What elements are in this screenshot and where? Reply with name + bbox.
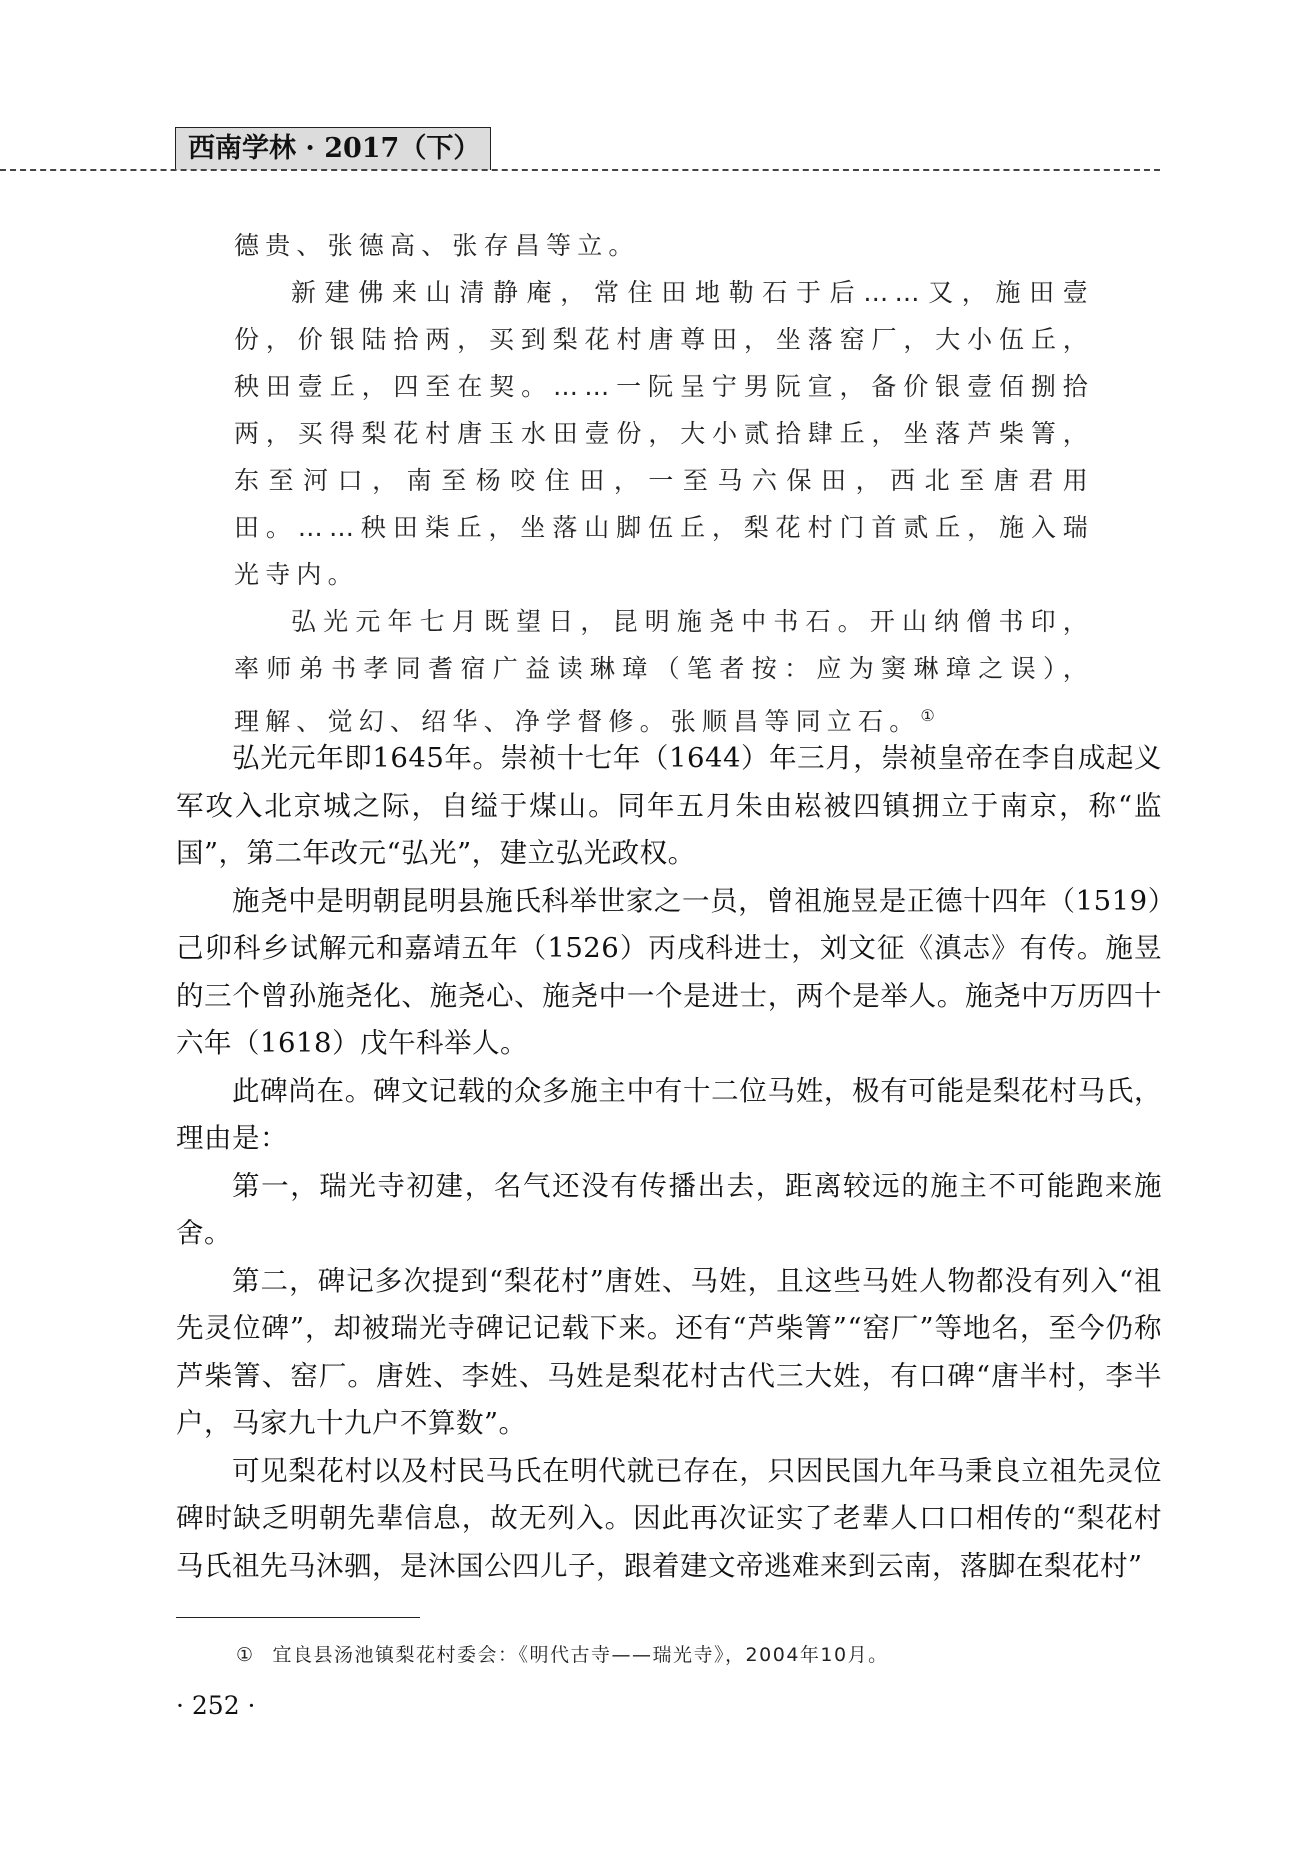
quote-paragraph: 新建佛来山清静庵，常住田地勒石于后……又，施田壹份，价银陆拾两，买到梨花村唐尊田…: [234, 269, 1094, 598]
body-paragraph: 弘光元年即1645年。崇祯十七年（1644）年三月，崇祯皇帝在李自成起义军攻入北…: [176, 735, 1162, 878]
body-paragraph: 第二，碑记多次提到“梨花村”唐姓、马姓，且这些马姓人物都没有列入“祖先灵位碑”，…: [176, 1258, 1162, 1448]
page-number: · 252 ·: [176, 1686, 256, 1726]
footnote-text: 宜良县汤池镇梨花村委会：《明代古寺——瑞光寺》，2004年10月。: [273, 1644, 889, 1666]
body-paragraph: 第一，瑞光寺初建，名气还没有传播出去，距离较远的施主不可能跑来施舍。: [176, 1163, 1162, 1258]
footnote: ①宜良县汤池镇梨花村委会：《明代古寺——瑞光寺》，2004年10月。: [236, 1640, 1136, 1670]
quote-paragraph: 德贵、张德高、张存昌等立。: [234, 222, 1094, 269]
quote-paragraph-text: 弘光元年七月既望日，昆明施尧中书石。开山纳僧书印，率师弟书孝同耆宿广益读琳璋（笔…: [234, 607, 1094, 736]
footnote-reference[interactable]: ①: [920, 706, 934, 725]
body-paragraph: 此碑尚在。碑文记载的众多施主中有十二位马姓，极有可能是梨花村马氏，理由是：: [176, 1068, 1162, 1163]
body-paragraph: 施尧中是明朝昆明县施氏科举世家之一员，曾祖施昱是正德十四年（1519）己卯科乡试…: [176, 878, 1162, 1068]
header-dashed-divider: [0, 169, 1160, 171]
journal-title: 西南学林 · 2017（下）: [188, 133, 480, 164]
footnote-mark: ①: [236, 1644, 255, 1666]
block-quote-inscription: 德贵、张德高、张存昌等立。 新建佛来山清静庵，常住田地勒石于后……又，施田壹份，…: [234, 222, 1094, 745]
body-paragraph: 可见梨花村以及村民马氏在明代就已存在，只因民国九年马秉良立祖先灵位碑时缺乏明朝先…: [176, 1448, 1162, 1591]
quote-paragraph: 弘光元年七月既望日，昆明施尧中书石。开山纳僧书印，率师弟书孝同耆宿广益读琳璋（笔…: [234, 598, 1094, 745]
footnote-divider: [176, 1617, 420, 1618]
main-body-text: 弘光元年即1645年。崇祯十七年（1644）年三月，崇祯皇帝在李自成起义军攻入北…: [176, 735, 1162, 1590]
running-header-title: 西南学林 · 2017（下）: [175, 127, 491, 170]
